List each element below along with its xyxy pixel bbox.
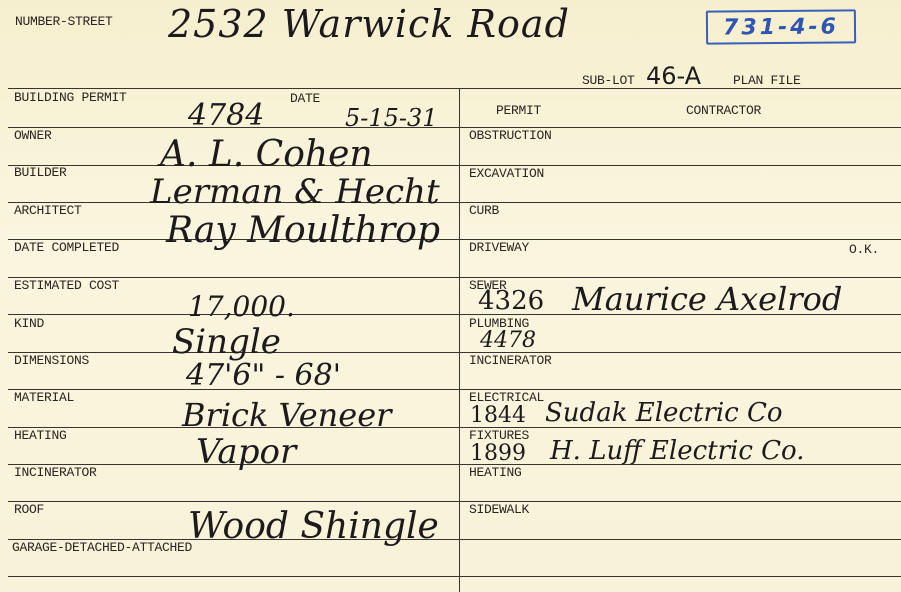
driveway-label: DRIVEWAY [469, 240, 529, 255]
roof-label: ROOF [14, 502, 44, 517]
sub-lot-label: SUB-LOT [582, 73, 635, 88]
building-permit-value: 4784 [188, 98, 264, 133]
sub-lot-value: 46-A [646, 62, 701, 90]
sidewalk-label: SIDEWALK [469, 502, 529, 517]
fixtures-permit-value: 1899 [470, 441, 526, 466]
incinerator-label: INCINERATOR [14, 465, 97, 480]
date-value: 5-15-31 [345, 104, 438, 132]
driveway-value: O.K. [849, 242, 879, 257]
electrical-permit-value: 1844 [470, 403, 526, 428]
incinerator-right-label: INCINERATOR [469, 353, 552, 368]
electrical-contractor-value: Sudak Electric Co [545, 398, 783, 428]
roof-value: Wood Shingle [188, 506, 439, 547]
builder-value: Lerman & Hecht [150, 172, 440, 212]
address-value: 2532 Warwick Road [168, 2, 570, 46]
plumbing-permit-value: 4478 [480, 328, 536, 353]
permit-column-header: PERMIT [496, 103, 541, 118]
owner-value: A. L. Cohen [160, 134, 373, 175]
builder-label: BUILDER [14, 165, 67, 180]
heating-value: Vapor [196, 432, 296, 472]
building-permit-label: BUILDING PERMIT [14, 90, 127, 105]
owner-label: OWNER [14, 128, 52, 143]
dimensions-label: DIMENSIONS [14, 353, 89, 368]
number-street-label: NUMBER-STREET [15, 14, 113, 29]
sewer-contractor-value: Maurice Axelrod [572, 280, 842, 318]
garage-label: GARAGE-DETACHED-ATTACHED [12, 540, 192, 555]
architect-label: ARCHITECT [14, 203, 82, 218]
obstruction-label: OBSTRUCTION [469, 128, 552, 143]
sewer-permit-value: 4326 [478, 286, 544, 316]
kind-label: KIND [14, 316, 44, 331]
permit-card: NUMBER-STREET 2532 Warwick Road 731-4-6 … [0, 0, 901, 592]
estimated-cost-label: ESTIMATED COST [14, 278, 119, 293]
estimated-cost-value: 17,000. [188, 290, 295, 323]
fixtures-contractor-value: H. Luff Electric Co. [550, 436, 805, 466]
heating-right-label: HEATING [469, 465, 522, 480]
dimensions-value: 47'6" - 68' [186, 358, 341, 393]
kind-value: Single [172, 322, 281, 362]
heating-label: HEATING [14, 428, 67, 443]
file-number-stamp: 731-4-6 [706, 9, 856, 44]
curb-label: CURB [469, 203, 499, 218]
material-label: MATERIAL [14, 390, 74, 405]
material-value: Brick Veneer [182, 396, 391, 434]
architect-value: Ray Moulthrop [166, 210, 440, 251]
contractor-column-header: CONTRACTOR [686, 103, 761, 118]
excavation-label: EXCAVATION [469, 166, 544, 181]
date-completed-label: DATE COMPLETED [14, 240, 119, 255]
date-label: DATE [290, 91, 320, 106]
plan-file-label: PLAN FILE [733, 73, 801, 88]
